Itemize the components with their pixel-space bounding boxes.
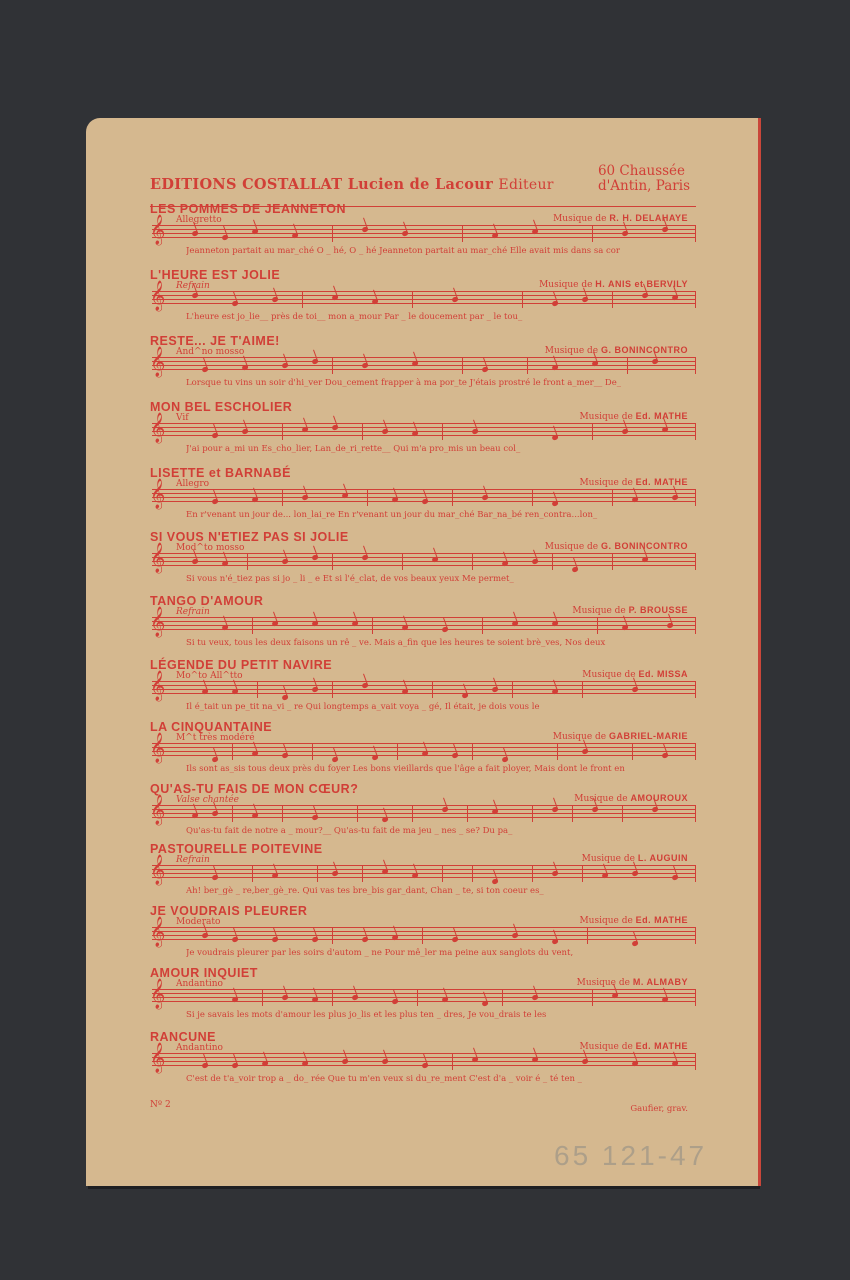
tempo-marking: Valse chantée xyxy=(176,795,239,805)
song-title: TANGO D'AMOUR xyxy=(150,594,263,608)
song-entry: AMOUR INQUIET Andantino Musique de M. AL… xyxy=(150,966,698,1030)
lyrics-line: Si tu veux, tous les deux faisons un rê … xyxy=(186,638,694,648)
song-title: LA CINQUANTAINE xyxy=(150,720,272,734)
lyrics-line: En r'venant un jour de... lon_lai_re En … xyxy=(186,510,694,520)
tempo-marking: Allegretto xyxy=(176,215,222,225)
lyrics-line: Si vous n'é_tiez pas si jo _ li _ e Et s… xyxy=(186,574,694,584)
music-staff: 𝄞 xyxy=(152,989,696,1005)
song-title: AMOUR INQUIET xyxy=(150,966,258,980)
song-entry: TANGO D'AMOUR Refrain Musique de P. BROU… xyxy=(150,594,698,658)
editor-name: Lucien de Lacour xyxy=(348,176,493,193)
tempo-marking: Mod^to mosso xyxy=(176,543,244,553)
address-line-1: 60 Chaussée xyxy=(598,164,690,179)
song-entry: LES POMMES DE JEANNETON Allegretto Musiq… xyxy=(150,202,698,266)
engraver-credit: Gaufier, grav. xyxy=(630,1104,688,1114)
song-title: SI VOUS N'ETIEZ PAS SI JOLIE xyxy=(150,530,349,544)
publisher-line: EDITIONS COSTALLAT Lucien de Lacour Edit… xyxy=(150,176,554,193)
composer-credit: Musique de Ed. MATHE xyxy=(579,411,688,422)
music-staff: 𝄞 xyxy=(152,681,696,697)
lyrics-line: Je voudrais pleurer par les soirs d'auto… xyxy=(186,948,694,958)
treble-clef-icon: 𝄞 xyxy=(150,217,165,243)
composer-credit: Musique de P. BROUSSE xyxy=(572,605,688,616)
music-staff: 𝄞 xyxy=(152,617,696,633)
song-entry: SI VOUS N'ETIEZ PAS SI JOLIE Mod^to moss… xyxy=(150,530,698,594)
lyrics-line: J'ai pour a_mi un Es_cho_lier, Lan_de_ri… xyxy=(186,444,694,454)
song-title: MON BEL ESCHOLIER xyxy=(150,400,292,414)
tempo-marking: Allegro xyxy=(176,479,209,489)
song-entry: L'HEURE EST JOLIE Refrain Musique de H. … xyxy=(150,268,698,332)
music-staff: 𝄞 xyxy=(152,927,696,943)
song-title: PASTOURELLE POITEVINE xyxy=(150,842,323,856)
treble-clef-icon: 𝄞 xyxy=(150,857,165,883)
song-entry: JE VOUDRAIS PLEURER Moderato Musique de … xyxy=(150,904,698,968)
lyrics-line: Lorsque tu vins un soir d'hi_ver Dou_cem… xyxy=(186,378,694,388)
tempo-marking: Refrain xyxy=(176,855,210,865)
treble-clef-icon: 𝄞 xyxy=(150,1045,165,1071)
lyrics-line: Jeanneton partait au mar_ché O _ hé, O _… xyxy=(186,246,694,256)
composer-credit: Musique de G. BONINCONTRO xyxy=(545,345,688,356)
lyrics-line: L'heure est jo_lie__ près de toi__ mon a… xyxy=(186,312,694,322)
lyrics-line: Qu'as-tu fait de notre a _ mour?__ Qu'as… xyxy=(186,826,694,836)
song-entry: RANCUNE Andantino Musique de Ed. MATHE 𝄞… xyxy=(150,1030,698,1094)
song-title: RANCUNE xyxy=(150,1030,216,1044)
treble-clef-icon: 𝄞 xyxy=(150,735,165,761)
composer-credit: Musique de AMOUROUX xyxy=(574,793,688,804)
tempo-marking: Moderato xyxy=(176,917,220,927)
treble-clef-icon: 𝄞 xyxy=(150,283,165,309)
song-entry: MON BEL ESCHOLIER Vif Musique de Ed. MAT… xyxy=(150,400,698,464)
music-staff: 𝄞 xyxy=(152,553,696,569)
music-staff: 𝄞 xyxy=(152,865,696,881)
song-title: LÉGENDE DU PETIT NAVIRE xyxy=(150,658,332,672)
tempo-marking: Andantino xyxy=(176,979,223,989)
treble-clef-icon: 𝄞 xyxy=(150,673,165,699)
music-staff: 𝄞 xyxy=(152,1053,696,1069)
address-line-2: d'Antin, Paris xyxy=(598,179,690,194)
publisher-name: EDITIONS COSTALLAT xyxy=(150,176,342,193)
composer-credit: Musique de H. ANIS et BERVILY xyxy=(539,279,688,290)
treble-clef-icon: 𝄞 xyxy=(150,797,165,823)
lyrics-line: Ah! ber_gè _ re,ber_gè_re. Qui vas tes b… xyxy=(186,886,694,896)
song-entry: LÉGENDE DU PETIT NAVIRE Mo^to All^tto Mu… xyxy=(150,658,698,722)
lyrics-line: Si je savais les mots d'amour les plus j… xyxy=(186,1010,694,1020)
song-title: QU'AS-TU FAIS DE MON CŒUR? xyxy=(150,782,358,796)
treble-clef-icon: 𝄞 xyxy=(150,415,165,441)
treble-clef-icon: 𝄞 xyxy=(150,481,165,507)
tempo-marking: M^t très modéré xyxy=(176,733,255,743)
treble-clef-icon: 𝄞 xyxy=(150,919,165,945)
tempo-marking: And^no mosso xyxy=(176,347,244,357)
song-title: RESTE... JE T'AIME! xyxy=(150,334,280,348)
publisher-address: 60 Chaussée d'Antin, Paris xyxy=(598,164,690,194)
song-entry: LISETTE et BARNABÉ Allegro Musique de Ed… xyxy=(150,466,698,530)
song-entry: LA CINQUANTAINE M^t très modéré Musique … xyxy=(150,720,698,784)
lyrics-line: C'est de t'a_voir trop a _ do_ rée Que t… xyxy=(186,1074,694,1084)
music-staff: 𝄞 xyxy=(152,291,696,307)
sheet-music-page: EDITIONS COSTALLAT Lucien de Lacour Edit… xyxy=(86,118,758,1186)
lyrics-line: Il é_tait un pe_tit na_vi _ re Qui longt… xyxy=(186,702,694,712)
music-staff: 𝄞 xyxy=(152,805,696,821)
treble-clef-icon: 𝄞 xyxy=(150,981,165,1007)
composer-credit: Musique de M. ALMABY xyxy=(577,977,688,988)
treble-clef-icon: 𝄞 xyxy=(150,545,165,571)
tempo-marking: Andantino xyxy=(176,1043,223,1053)
song-title: L'HEURE EST JOLIE xyxy=(150,268,280,282)
page-number: Nº 2 xyxy=(150,1100,171,1110)
song-title: LES POMMES DE JEANNETON xyxy=(150,202,346,216)
pencil-catalog-mark: 65 121-47 xyxy=(554,1140,707,1172)
lyrics-line: Ils sont as_sis tous deux près du foyer … xyxy=(186,764,694,774)
music-staff: 𝄞 xyxy=(152,423,696,439)
music-staff: 𝄞 xyxy=(152,225,696,241)
composer-credit: Musique de Ed. MATHE xyxy=(579,915,688,926)
composer-credit: Musique de Ed. MISSA xyxy=(582,669,688,680)
editor-label: Editeur xyxy=(498,177,553,193)
composer-credit: Musique de GABRIEL-MARIE xyxy=(553,731,688,742)
music-staff: 𝄞 xyxy=(152,743,696,759)
music-staff: 𝄞 xyxy=(152,357,696,373)
composer-credit: Musique de R. H. DELAHAYE xyxy=(553,213,688,224)
song-entry: QU'AS-TU FAIS DE MON CŒUR? Valse chantée… xyxy=(150,782,698,846)
tempo-marking: Vif xyxy=(176,413,189,423)
treble-clef-icon: 𝄞 xyxy=(150,349,165,375)
tempo-marking: Refrain xyxy=(176,607,210,617)
song-entry: PASTOURELLE POITEVINE Refrain Musique de… xyxy=(150,842,698,906)
treble-clef-icon: 𝄞 xyxy=(150,609,165,635)
song-entry: RESTE... JE T'AIME! And^no mosso Musique… xyxy=(150,334,698,398)
song-title: JE VOUDRAIS PLEURER xyxy=(150,904,307,918)
composer-credit: Musique de L. AUGUIN xyxy=(582,853,688,864)
song-title: LISETTE et BARNABÉ xyxy=(150,466,291,480)
composer-credit: Musique de G. BONINCONTRO xyxy=(545,541,688,552)
music-staff: 𝄞 xyxy=(152,489,696,505)
